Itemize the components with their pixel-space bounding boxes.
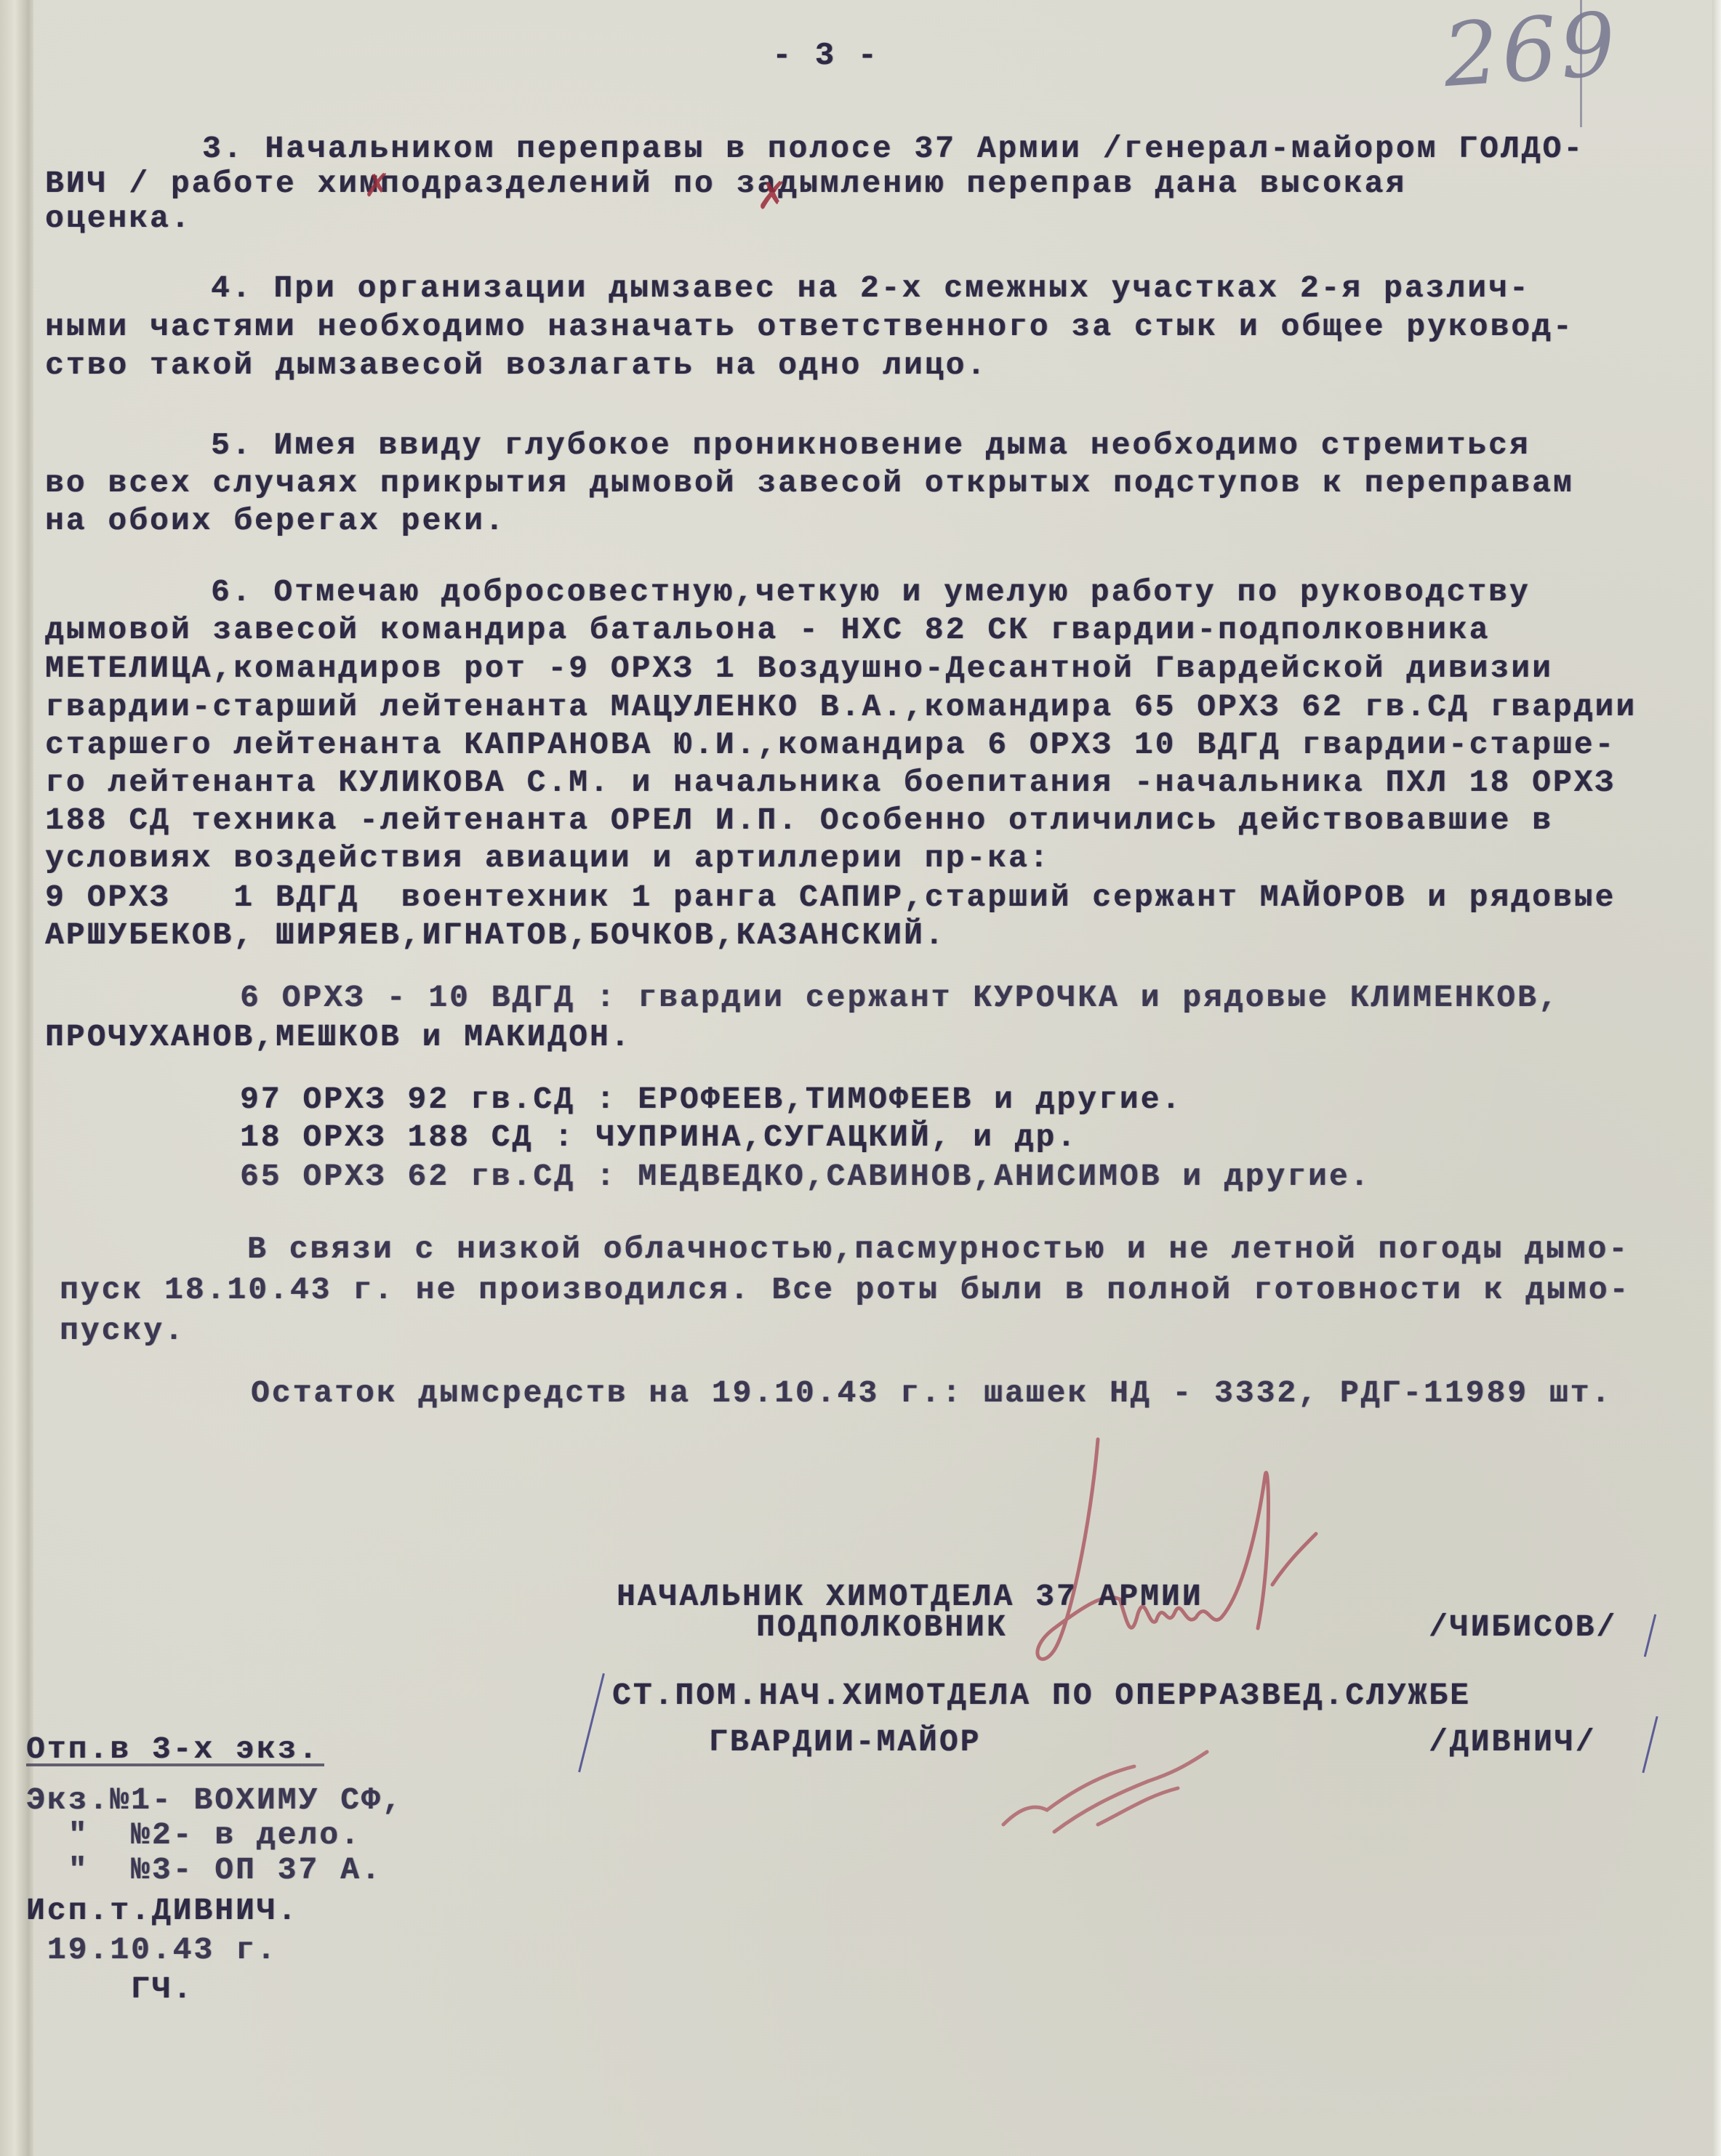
distribution-copy-3: " №3- ОП 37 А. <box>26 1852 382 1888</box>
unit-commendation-6-orhz-cont: ПРОЧУХАНОВ,МЕШКОВ и МАКИДОН. <box>45 1019 632 1055</box>
paragraph-3-line-2: ВИЧ / работе химподразделений по задымле… <box>45 166 1406 201</box>
paragraph-4-line-3: ство такой дымзавесой возлагать на одно … <box>45 347 987 383</box>
distribution-copy-2: " №2- в дело. <box>26 1817 361 1853</box>
smoke-stock-line: Остаток дымсредств на 19.10.43 г.: шашек… <box>251 1375 1612 1411</box>
weather-line-1: В связи с низкой облачностью,пасмурность… <box>247 1231 1629 1267</box>
paragraph-6-line-1: 6. Отмечаю добросовестную,четкую и умелу… <box>211 574 1531 610</box>
signatory-2-name: /ДИВНИЧ/ <box>1429 1724 1596 1760</box>
paragraph-5-line-1: 5. Имея ввиду глубокое проникновение дым… <box>211 427 1531 463</box>
red-ink-correction-mark: ✗ <box>364 167 390 204</box>
paragraph-6-line-10: АРШУБЕКОВ, ШИРЯЕВ,ИГНАТОВ,БОЧКОВ,КАЗАНСК… <box>45 917 946 953</box>
unit-commendation-97-orhz: 97 ОРХЗ 92 гв.СД : ЕРОФЕЕВ,ТИМОФЕЕВ и др… <box>240 1082 1182 1117</box>
paragraph-5-line-3: на обоих берегах реки. <box>45 503 506 539</box>
blue-pencil-mark <box>578 1673 605 1773</box>
red-signature-icon <box>1011 1410 1418 1701</box>
paragraph-6-line-9: 9 ОРХЗ 1 ВДГД воентехник 1 ранга САПИР,с… <box>45 880 1616 915</box>
archival-document-page: 269 - 3 - 3. Начальником переправы в пол… <box>0 0 1721 2156</box>
red-ink-correction-mark: ✗ <box>756 174 788 218</box>
page-right-edge <box>1712 0 1721 2156</box>
signatory-2-title: СТ.ПОМ.НАЧ.ХИМОТДЕЛА ПО ОПЕРРАЗВЕД.СЛУЖБ… <box>612 1678 1471 1713</box>
paragraph-4-line-1: 4. При организации дымзавеc на 2-х смежн… <box>211 270 1531 306</box>
unit-commendation-18-orhz: 18 ОРХЗ 188 СД : ЧУПРИНА,СУГАЦКИЙ, и др. <box>240 1119 1078 1155</box>
signatory-1-name: /ЧИБИСОВ/ <box>1429 1609 1617 1645</box>
paragraph-6-line-7: 188 СД техника -лейтенанта ОРЕЛ И.П. Осо… <box>45 803 1553 838</box>
paragraph-6-line-6: го лейтенанта КУЛИКОВА С.М. и начальника… <box>45 765 1616 800</box>
red-initials-icon <box>989 1723 1251 1839</box>
signatory-2-rank: ГВАРДИИ-МАЙОР <box>709 1724 981 1760</box>
executor-line: Исп.т.ДИВНИЧ. <box>26 1893 298 1928</box>
document-date: 19.10.43 г. <box>26 1932 278 1968</box>
blue-pencil-mark <box>1644 1614 1656 1657</box>
paragraph-6-line-5: старшего лейтенанта КАПРАНОВА Ю.И.,коман… <box>45 727 1616 763</box>
paragraph-4-line-2: ными частями необходимо назначать ответс… <box>45 309 1574 345</box>
paragraph-6-line-8: условиях воздействия авиации и артиллери… <box>45 840 1051 876</box>
paragraph-6-line-2: дымовой завесой командира батальона - НХ… <box>45 612 1491 648</box>
paragraph-5-line-2: во всех случаях прикрытия дымовой завесо… <box>45 465 1574 501</box>
pencil-mark <box>1580 0 1582 127</box>
distribution-header: Отп.в 3-х экз. <box>26 1731 319 1767</box>
blue-pencil-mark <box>1642 1716 1658 1773</box>
page-number: - 3 - <box>772 38 879 74</box>
weather-line-3: пуску. <box>60 1313 185 1348</box>
signatory-1-rank: ПОДПОЛКОВНИК <box>756 1609 1008 1645</box>
paragraph-3-line-1: 3. Начальником переправы в полосе 37 Арм… <box>202 131 1584 166</box>
weather-line-2: пуск 18.10.43 г. не производился. Все ро… <box>60 1272 1630 1308</box>
paragraph-6-line-3: МЕТЕЛИЦА,командиров рот -9 ОРХЗ 1 Воздуш… <box>45 651 1553 686</box>
paragraph-6-line-4: гвардии-старший лейтенанта МАЦУЛЕНКО В.А… <box>45 689 1637 725</box>
distribution-copy-1: Экз.№1- ВОХИМУ СФ, <box>26 1782 403 1818</box>
archive-sheet-number: 269 <box>1440 0 1621 107</box>
distribution-underline <box>26 1763 324 1766</box>
unit-commendation-6-orhz: 6 ОРХЗ - 10 ВДГД : гвардии сержант КУРОЧ… <box>240 980 1560 1015</box>
paragraph-3-line-3: оценка. <box>45 201 192 236</box>
typist-initials: ГЧ. <box>26 1971 193 2007</box>
unit-commendation-65-orhz: 65 ОРХЗ 62 гв.СД : МЕДВЕДКО,САВИНОВ,АНИС… <box>240 1159 1371 1194</box>
